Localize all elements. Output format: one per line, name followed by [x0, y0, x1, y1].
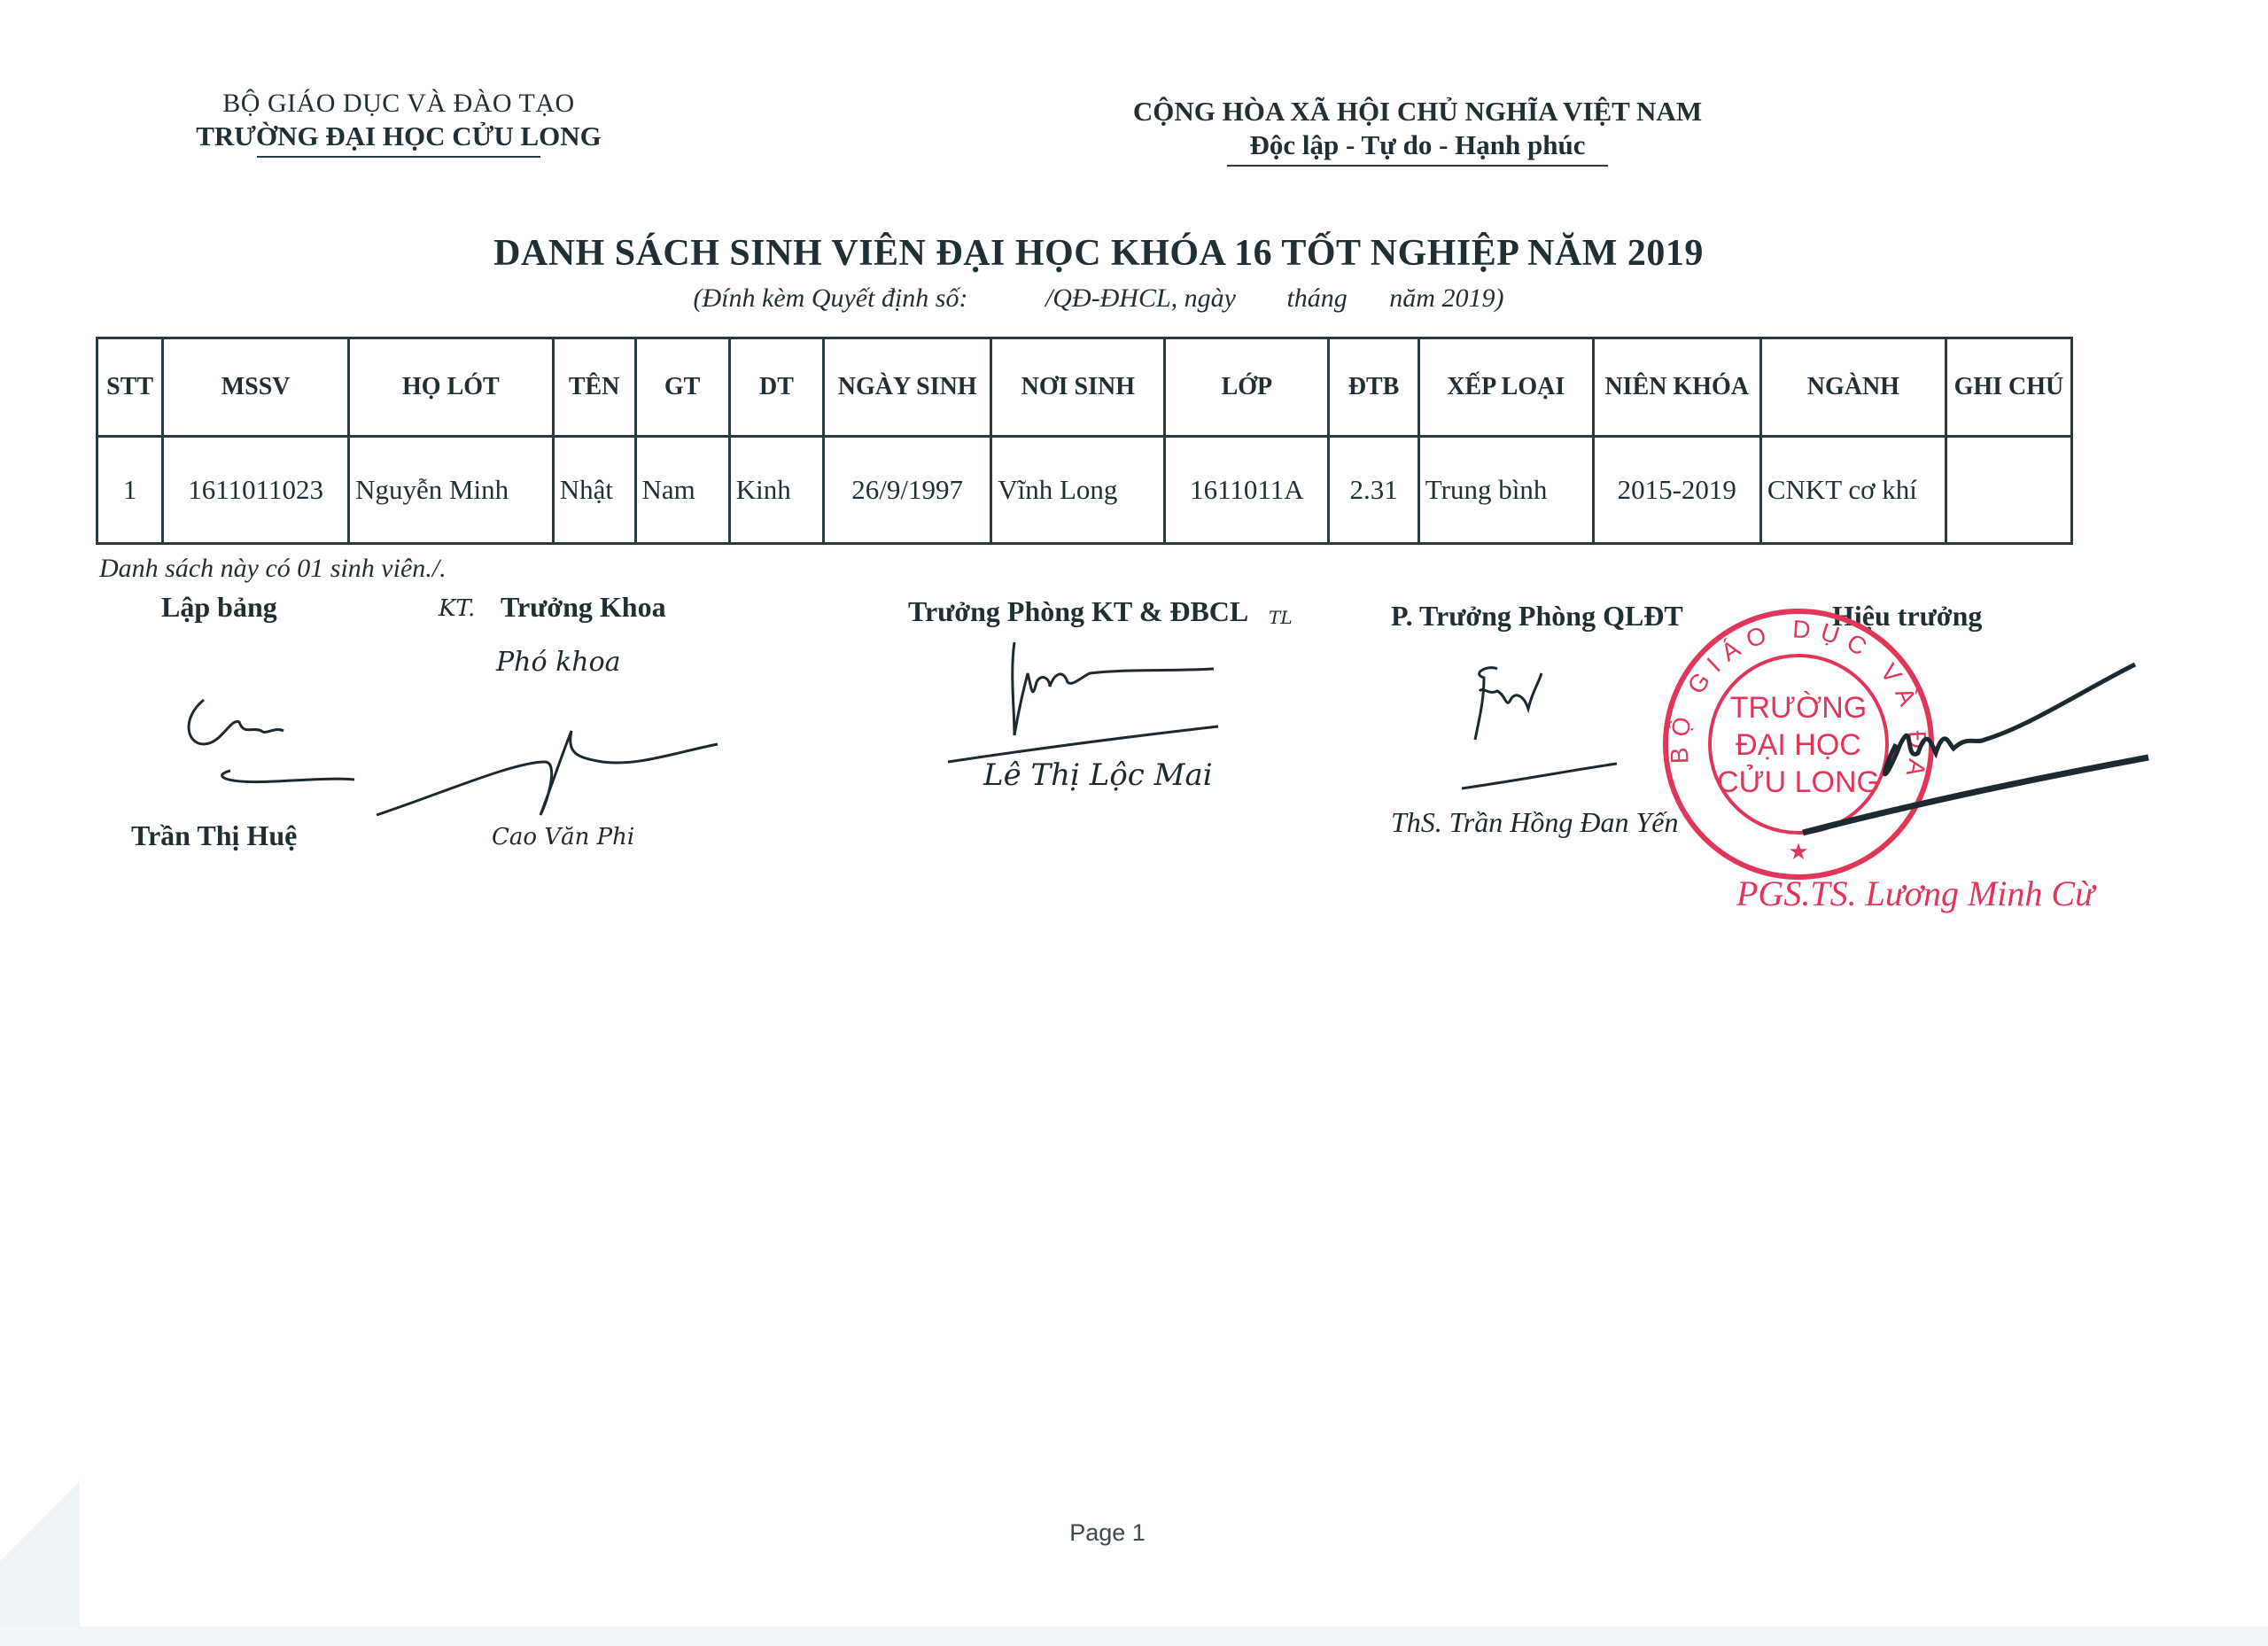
page-number: Page 1 — [1019, 1519, 1196, 1547]
training-deputy-role: P. Trưởng Phòng QLĐT — [1391, 600, 1683, 633]
paper-corner-fold — [0, 1400, 80, 1646]
column-header: NƠI SINH — [991, 338, 1165, 437]
rector-signature — [1798, 656, 2153, 842]
subtitle-part: tháng — [1286, 283, 1347, 314]
cell-gt: Nam — [635, 437, 729, 544]
cell-ten: Nhật — [553, 437, 635, 544]
cell-dtb: 2.31 — [1329, 437, 1418, 544]
national-header: CỘNG HÒA XÃ HỘI CHỦ NGHĨA VIỆT NAM Độc l… — [1107, 96, 1728, 167]
cell-ngay-sinh: 26/9/1997 — [824, 437, 991, 544]
column-header: GHI CHÚ — [1946, 338, 2071, 437]
column-header: ĐTB — [1329, 338, 1418, 437]
table-header-row: STT MSSV HỌ LÓT TÊN GT DT NGÀY SINH NƠI … — [97, 338, 2072, 437]
dean-handwritten-title: Phó khoa — [496, 647, 621, 678]
column-header: STT — [97, 338, 163, 437]
graduate-table: STT MSSV HỌ LÓT TÊN GT DT NGÀY SINH NƠI … — [96, 337, 2073, 545]
subtitle-part: /QĐ-ĐHCL, ngày — [1045, 283, 1236, 314]
national-motto: Độc lập - Tự do - Hạnh phúc — [1107, 129, 1728, 161]
preparer-signature — [177, 682, 354, 797]
column-header: MSSV — [163, 338, 349, 437]
ministry-name: BỘ GIÁO DỤC VÀ ĐÀO TẠO — [133, 89, 664, 119]
cell-stt: 1 — [97, 437, 163, 544]
header-divider — [257, 156, 540, 158]
cell-ho-lot: Nguyễn Minh — [349, 437, 554, 544]
column-header: TÊN — [553, 338, 635, 437]
qa-head-role: Trưởng Phòng KT & ĐBCL — [908, 595, 1248, 628]
dean-role: Trưởng Khoa — [501, 591, 666, 624]
cell-lop: 1611011A — [1165, 437, 1329, 544]
column-header: DT — [729, 338, 823, 437]
subtitle-part: năm 2019) — [1389, 283, 1503, 314]
cell-nien-khoa: 2015-2019 — [1593, 437, 1760, 544]
republic-name: CỘNG HÒA XÃ HỘI CHỦ NGHĨA VIỆT NAM — [1107, 96, 1728, 128]
column-header: NIÊN KHÓA — [1593, 338, 1760, 437]
motto-divider — [1227, 165, 1608, 167]
student-count-note: Danh sách này có 01 sinh viên./. — [99, 554, 447, 584]
cell-dt: Kinh — [729, 437, 823, 544]
qa-head-suffix: TL — [1269, 607, 1293, 628]
cell-noi-sinh: Vĩnh Long — [991, 437, 1165, 544]
dean-handwritten-name: Cao Văn Phi — [492, 824, 634, 850]
qa-head-signature — [948, 638, 1231, 771]
subtitle-part: (Đính kèm Quyết định số: — [694, 283, 968, 314]
column-header: GT — [635, 338, 729, 437]
dean-signature — [372, 726, 726, 824]
preparer-name: Trần Thị Huệ — [131, 819, 297, 852]
scan-edge — [0, 1627, 2268, 1646]
dean-prefix: KT. — [439, 595, 475, 622]
cell-nganh: CNKT cơ khí — [1760, 437, 1946, 544]
document-subtitle: (Đính kèm Quyết định số: /QĐ-ĐHCL, ngày … — [461, 283, 1736, 314]
cell-mssv: 1611011023 — [163, 437, 349, 544]
school-name: TRƯỜNG ĐẠI HỌC CỬU LONG — [133, 120, 664, 152]
institution-header: BỘ GIÁO DỤC VÀ ĐÀO TẠO TRƯỜNG ĐẠI HỌC CỬ… — [133, 89, 664, 158]
cell-xep-loai: Trung bình — [1418, 437, 1593, 544]
column-header: NGÀNH — [1760, 338, 1946, 437]
column-header: NGÀY SINH — [824, 338, 991, 437]
training-deputy-signature — [1435, 656, 1657, 797]
training-deputy-name: ThS. Trần Hồng Đan Yến — [1391, 806, 1679, 839]
column-header: LỚP — [1165, 338, 1329, 437]
star-icon: ★ — [1788, 839, 1808, 865]
qa-head-handwritten-name: Lê Thị Lộc Mai — [983, 757, 1213, 793]
column-header: HỌ LÓT — [349, 338, 554, 437]
document-title: DANH SÁCH SINH VIÊN ĐẠI HỌC KHÓA 16 TỐT … — [461, 232, 1736, 275]
column-header: XẾP LOẠI — [1418, 338, 1593, 437]
rector-name: PGS.TS. Lương Minh Cừ — [1736, 873, 2094, 914]
cell-ghi-chu — [1946, 437, 2071, 544]
table-row: 1 1611011023 Nguyễn Minh Nhật Nam Kinh 2… — [97, 437, 2072, 544]
preparer-role: Lập bảng — [161, 591, 277, 624]
